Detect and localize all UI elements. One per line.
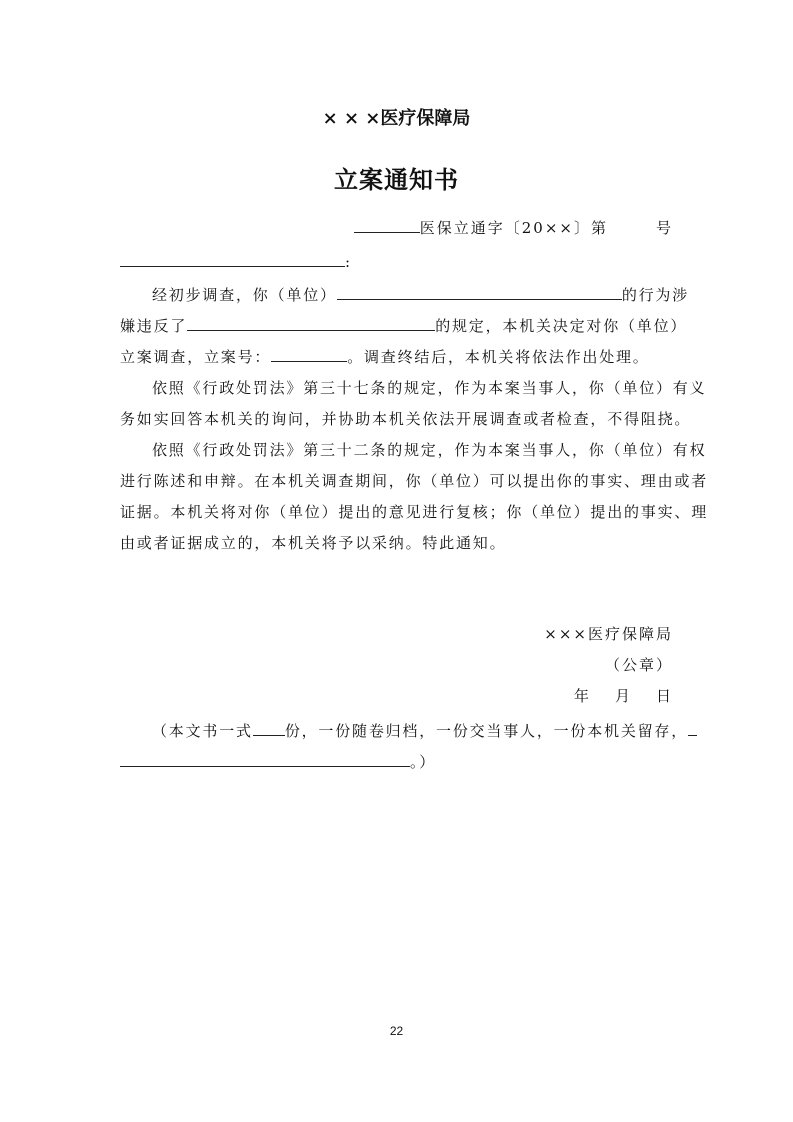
addressee-colon: :	[345, 253, 350, 271]
text-segment: 的规定，本机关决定对你（单位）	[435, 317, 687, 335]
case-number-blank[interactable]	[271, 345, 347, 362]
paragraph-line: 嫌违反了的规定，本机关决定对你（单位）	[120, 311, 673, 342]
text-segment: 份，一份随卷归档，一份交当事人，一份本机关留存，	[285, 722, 688, 740]
doc-number-prefix-blank[interactable]	[354, 216, 420, 233]
other-copy-blank-start[interactable]	[688, 719, 697, 736]
paragraph-line: 依照《行政处罚法》第三十七条的规定，作为本案当事人，你（单位）有义	[120, 373, 673, 404]
paragraph-line: 证据。本机关将对你（单位）提出的意见进行复核；你（单位）提出的事实、理	[120, 497, 673, 528]
page-number: 22	[0, 1024, 793, 1038]
violated-regulation-blank[interactable]	[187, 314, 435, 331]
copies-count-blank[interactable]	[253, 719, 285, 736]
paragraph-investigation: 经初步调查，你（单位）的行为涉 嫌违反了的规定，本机关决定对你（单位） 立案调查…	[120, 280, 673, 373]
document-page: × × ×医疗保障局 立案通知书 医保立通字〔20××〕第号 : 经初步调查，你…	[0, 0, 793, 1122]
text-segment: （本文书一式	[152, 722, 253, 740]
text-segment: 的行为涉	[622, 286, 689, 304]
doc-number-suffix: 号	[656, 219, 673, 237]
date-year: 年	[574, 687, 591, 705]
paragraph-line: 立案调查，立案号：。调查终结后，本机关将依法作出处理。	[120, 342, 673, 373]
paragraph-line: （本文书一式份，一份随卷归档，一份交当事人，一份本机关留存，	[120, 716, 673, 747]
addressee-line: :	[120, 250, 350, 271]
addressee-blank[interactable]	[120, 250, 345, 267]
signature-agency: ×××医疗保障局	[544, 623, 673, 644]
paragraph-line: 。）	[120, 747, 673, 778]
paragraph-rights: 依照《行政处罚法》第三十二条的规定，作为本案当事人，你（单位）有权 进行陈述和申…	[120, 435, 673, 559]
doc-number-text: 医保立通字〔20××〕第	[420, 219, 608, 237]
official-seal: （公章）	[605, 654, 673, 675]
text-segment: 经初步调查，你（单位）	[152, 286, 337, 304]
paragraph-line: 务如实回答本机关的询问，并协助本机关依法开展调查或者检查，不得阻挠。	[120, 404, 673, 435]
text-segment: 立案调查，立案号：	[120, 348, 271, 366]
text-segment: 嫌违反了	[120, 317, 187, 335]
paragraph-line: 由或者证据成立的，本机关将予以采纳。特此通知。	[120, 528, 673, 559]
paragraph-obligation: 依照《行政处罚法》第三十七条的规定，作为本案当事人，你（单位）有义 务如实回答本…	[120, 373, 673, 435]
paragraph-line: 进行陈述和申辩。在本机关调查期间，你（单位）可以提出你的事实、理由或者	[120, 466, 673, 497]
copies-note: （本文书一式份，一份随卷归档，一份交当事人，一份本机关留存， 。）	[120, 716, 673, 778]
signature-date: 年月日	[574, 685, 673, 706]
agency-header: × × ×医疗保障局	[0, 104, 793, 130]
date-day: 日	[656, 687, 673, 705]
paragraph-line: 经初步调查，你（单位）的行为涉	[120, 280, 673, 311]
document-title: 立案通知书	[0, 160, 793, 195]
text-segment: 。）	[410, 753, 436, 771]
document-number: 医保立通字〔20××〕第号	[354, 216, 673, 238]
other-copy-blank[interactable]	[120, 750, 410, 767]
date-month: 月	[615, 687, 632, 705]
paragraph-line: 依照《行政处罚法》第三十二条的规定，作为本案当事人，你（单位）有权	[120, 435, 673, 466]
party-behavior-blank[interactable]	[337, 283, 622, 300]
text-segment: 。调查终结后，本机关将依法作出处理。	[347, 348, 649, 366]
